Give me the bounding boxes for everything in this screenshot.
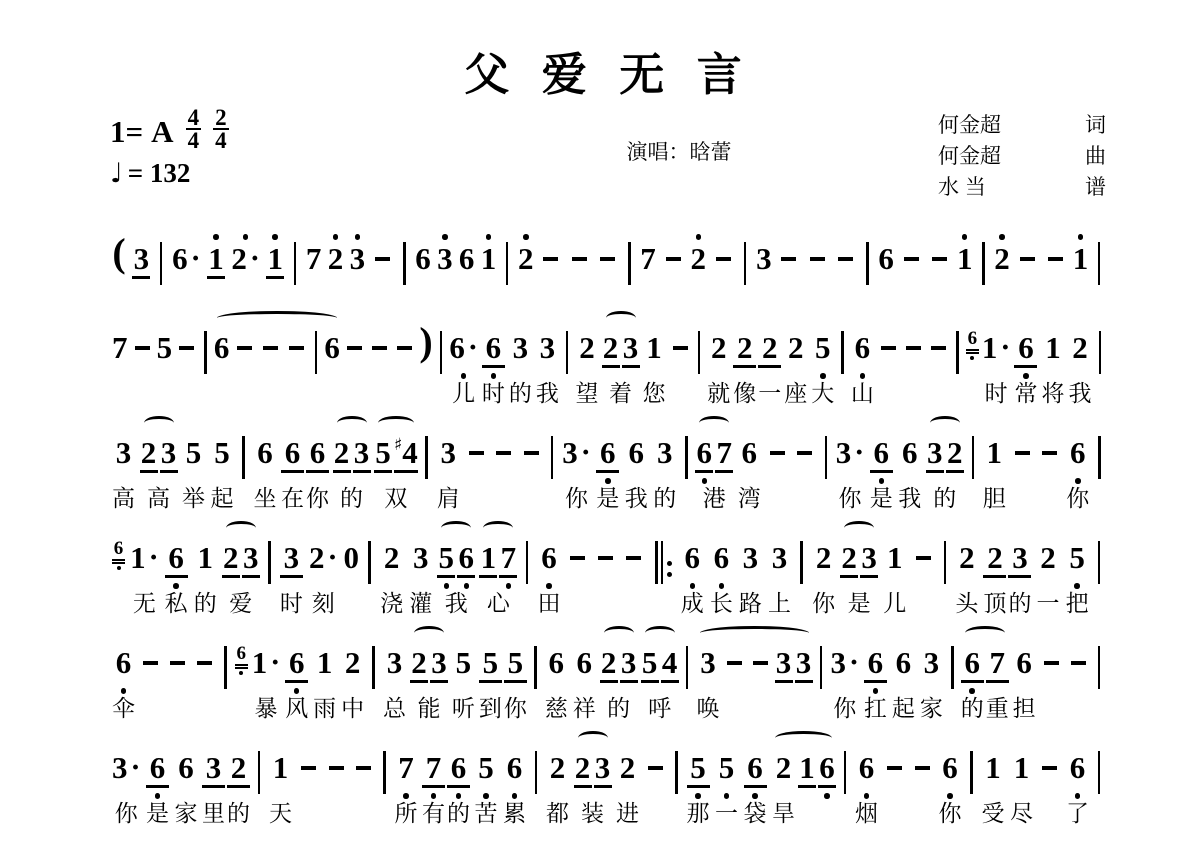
barline-stroke — [1098, 541, 1101, 584]
low-dot-zone — [518, 282, 534, 290]
arc-zone — [341, 625, 364, 638]
lyric: 祥 — [573, 694, 596, 722]
note: 1 — [264, 221, 286, 290]
low-dot-zone — [112, 686, 135, 694]
note: 3肩 — [435, 415, 462, 512]
note: 1儿 — [881, 520, 908, 617]
underline-zone — [537, 574, 560, 581]
underline-zone — [437, 469, 460, 476]
arc-zone — [309, 520, 338, 533]
dash-stroke — [838, 257, 853, 261]
low-dot-zone — [112, 476, 135, 484]
arc-zone — [430, 625, 448, 638]
low-dot-zone — [983, 581, 1006, 589]
arc-zone — [1068, 310, 1091, 323]
note-digit: 2· — [231, 242, 260, 275]
eighth-underline — [744, 785, 767, 788]
underline-zone — [812, 574, 835, 581]
duration-dash — [138, 625, 164, 665]
underline-zone — [112, 679, 135, 686]
note: 6 — [876, 221, 896, 290]
underline-zone — [946, 469, 964, 476]
barline — [263, 520, 276, 584]
arc-zone — [946, 415, 964, 428]
duration-dash — [909, 730, 935, 770]
low-dot-zone — [449, 371, 478, 379]
arc-zone — [182, 415, 205, 428]
arc-zone — [266, 221, 284, 234]
note: 3我 — [534, 310, 561, 407]
underline-zone — [503, 784, 526, 791]
duration-dash — [174, 310, 199, 350]
arc-zone — [112, 310, 128, 323]
note: 5大 — [809, 310, 836, 407]
eighth-underline — [132, 276, 150, 279]
arc-zone — [818, 730, 836, 743]
lyric: 所 — [395, 799, 418, 827]
underline-zone — [479, 574, 497, 581]
arc-zone — [812, 520, 835, 533]
note: 7重 — [985, 625, 1010, 722]
barline — [398, 221, 411, 285]
arc-zone — [437, 221, 453, 234]
low-dot-zone — [1013, 686, 1036, 694]
low-dot-zone — [994, 282, 1010, 290]
low-dot-zone — [182, 476, 205, 484]
low-dot-zone — [898, 476, 921, 484]
lyric: 你 — [833, 694, 856, 722]
low-dot-zone — [281, 476, 304, 484]
note-digit: 2· — [309, 541, 338, 574]
lyric: 是 — [596, 484, 619, 512]
octave-dot-low — [239, 671, 243, 675]
low-dot-zone — [811, 371, 834, 379]
lyric: 你 — [1066, 484, 1089, 512]
lyric: 你 — [306, 484, 329, 512]
low-dot-zone — [536, 371, 559, 379]
beam-group: 23能 — [409, 625, 449, 722]
note: 2 — [689, 221, 709, 290]
octave-dot-high — [243, 234, 249, 240]
barline — [529, 625, 542, 689]
sheet-page: 父 爱 无 言 1= A 4 4 2 4 ♩ = 132 演唱：晗蕾 — [0, 0, 1200, 850]
dash-stroke — [372, 346, 387, 350]
dash-stroke — [648, 766, 663, 770]
note-digit: 5 — [719, 751, 735, 784]
underline-zone — [697, 679, 720, 686]
low-dot-zone — [864, 686, 887, 694]
underline-zone — [430, 679, 448, 686]
grace-beam — [966, 349, 979, 351]
arc-zone — [509, 310, 532, 323]
arc-zone — [350, 221, 366, 234]
note-digit: 6 — [1018, 331, 1034, 364]
note: 3灌 — [407, 520, 434, 617]
low-dot-zone — [957, 282, 973, 290]
augmentation-dot: · — [131, 751, 141, 784]
octave-dot-high — [355, 234, 361, 240]
underline-zone — [437, 574, 455, 581]
arc-zone — [459, 221, 475, 234]
lyric: 听 — [452, 694, 475, 722]
barline — [530, 730, 543, 794]
low-dot-zone — [231, 282, 260, 290]
low-dot-zone — [926, 476, 944, 484]
arc-zone — [285, 625, 308, 638]
lyric: 到 — [479, 694, 502, 722]
underline-zone — [235, 679, 248, 686]
note: 2中 — [339, 625, 366, 722]
low-dot-zone — [691, 282, 707, 290]
lyric: 是 — [870, 484, 893, 512]
lyric: 高 — [139, 484, 179, 512]
lyric: 的 — [961, 694, 984, 722]
underline-zone — [775, 679, 793, 686]
arc-zone — [955, 520, 978, 533]
tie-row: 3唤33 — [695, 625, 814, 722]
note-digit: 6 — [896, 646, 912, 679]
underline-zone — [281, 469, 304, 476]
note: 6伞 — [110, 625, 137, 722]
music-line-1: (36·12·1723636127236121 — [110, 221, 1106, 290]
note-digit: 3· — [562, 436, 591, 469]
lyric: 双 — [373, 484, 419, 512]
duration-dash — [283, 310, 309, 350]
grace-stack: 6 — [112, 541, 125, 570]
octave-dot-low — [464, 583, 470, 589]
note: 7 — [304, 221, 324, 290]
note-digit: 2 — [141, 436, 157, 469]
barline — [623, 221, 636, 285]
underline-zone — [482, 364, 505, 371]
beam-group: 5♯4双 — [373, 415, 419, 512]
note-digit: 3 — [756, 242, 772, 275]
credit-name: 何金超 — [938, 110, 1001, 141]
beam-row: 2像2一 — [732, 310, 782, 407]
note-digit: 3 — [431, 646, 447, 679]
note-digit: 7 — [426, 751, 442, 784]
note-digit: 6 — [214, 331, 230, 364]
low-dot-zone — [479, 686, 502, 694]
lyric: 望 — [576, 379, 599, 407]
eighth-underline — [926, 470, 944, 473]
low-dot-zone — [695, 476, 713, 484]
lyric: 是 — [146, 799, 169, 827]
dash-stroke — [770, 451, 785, 455]
duration-dash — [898, 221, 924, 261]
note: 6你 — [1064, 415, 1091, 512]
barline — [420, 415, 433, 479]
note: 3里 — [201, 730, 226, 827]
arc-zone — [798, 730, 816, 743]
arc-zone — [313, 625, 336, 638]
arc-zone — [130, 520, 159, 533]
eighth-underline — [333, 470, 351, 473]
lyric: 举 — [182, 484, 205, 512]
arc-zone — [986, 625, 1009, 638]
low-dot-zone — [252, 686, 281, 694]
lyric: 里 — [202, 799, 225, 827]
underline-zone — [961, 679, 984, 686]
note-digit: 6 — [415, 242, 431, 275]
low-dot-zone — [883, 581, 906, 589]
note-digit: 3 — [924, 646, 940, 679]
beam-group: 16 — [797, 730, 837, 827]
underline-zone — [214, 364, 230, 371]
low-dot-zone — [459, 282, 475, 290]
barline-stroke — [315, 331, 318, 374]
underline-zone — [784, 364, 807, 371]
underline-zone — [222, 574, 240, 581]
note-digit: 6 — [819, 751, 835, 784]
note-digit: 6 — [549, 646, 565, 679]
low-dot-zone — [982, 371, 1011, 379]
note-digit: 1 — [887, 541, 903, 574]
underline-zone — [641, 679, 659, 686]
lyric: 山 — [851, 379, 874, 407]
low-dot-zone — [227, 791, 250, 799]
low-dot-zone — [395, 791, 418, 799]
lyric: 唤 — [697, 694, 720, 722]
grace-note: 6 — [233, 625, 250, 722]
music-line-4: 61·无6私1的23爱3时2·刻02浇3灌56我17心6田6成6长3路3上2你2… — [110, 520, 1106, 617]
arc-zone — [415, 221, 431, 234]
barline-stroke — [383, 751, 386, 794]
arc-zone — [475, 730, 498, 743]
note-digit: 2 — [328, 242, 344, 275]
low-dot-zone — [409, 581, 432, 589]
underline-zone — [836, 469, 865, 476]
barline — [1093, 221, 1106, 285]
grace-beam — [112, 562, 125, 564]
octave-dot-low — [1075, 793, 1081, 799]
octave-dot-low — [491, 373, 497, 379]
beam-row: 33 — [774, 625, 814, 722]
low-dot-zone — [1066, 476, 1089, 484]
note-digit: 1 — [1014, 751, 1030, 784]
low-dot-zone — [756, 282, 772, 290]
underline-zone — [350, 275, 366, 282]
low-dot-zone — [452, 686, 475, 694]
note: 2一 — [1035, 520, 1062, 617]
underline-zone — [207, 275, 225, 282]
close-paren: ) — [417, 310, 434, 362]
dash-stroke — [397, 346, 412, 350]
note-digit: 5 — [690, 751, 706, 784]
arc-zone — [784, 310, 807, 323]
barline — [966, 415, 979, 479]
arc-zone — [242, 520, 260, 533]
note: 6我 — [896, 415, 923, 512]
singer-label: 演唱：晗蕾 — [420, 136, 938, 203]
duration-dash — [1014, 221, 1040, 261]
underline-zone — [475, 784, 498, 791]
low-dot-zone — [710, 581, 733, 589]
note: 6担 — [1011, 625, 1038, 722]
arc-zone — [653, 415, 676, 428]
underline-zone — [509, 364, 532, 371]
low-dot-zone — [537, 581, 560, 589]
beam-group: 33 — [774, 625, 814, 722]
lyric: 的 — [332, 484, 372, 512]
dash-stroke — [666, 257, 681, 261]
arc-zone — [252, 625, 281, 638]
note: 6你 — [305, 415, 330, 512]
note-digit: 2 — [518, 242, 534, 275]
barline-stroke — [258, 751, 261, 794]
arc-zone — [811, 310, 834, 323]
eighth-underline — [227, 785, 250, 788]
eighth-underline — [479, 575, 497, 578]
underline-zone — [864, 679, 887, 686]
underline-zone — [986, 679, 1009, 686]
note-digit: 5 — [157, 331, 173, 364]
note: 2进 — [614, 730, 641, 827]
octave-dot-high — [962, 234, 968, 240]
paren-glyph: ( — [112, 233, 125, 273]
note-digit: 6 — [324, 331, 340, 364]
beam-group: 17心 — [478, 520, 518, 617]
note-digit: 2 — [987, 541, 1003, 574]
note: 3 — [435, 221, 455, 290]
low-dot-zone — [758, 371, 781, 379]
eighth-underline — [594, 785, 612, 788]
arc-zone — [1037, 520, 1060, 533]
note-digit: 7 — [112, 331, 128, 364]
barline-stroke — [535, 751, 538, 794]
low-dot-zone — [892, 686, 915, 694]
beam-group: 6的7重 — [960, 625, 1010, 722]
note: 1胆 — [981, 415, 1008, 512]
note-digit: 7 — [989, 646, 1005, 679]
note: 3路 — [737, 520, 764, 617]
barline-stroke — [224, 646, 227, 689]
lyric: 装 — [573, 799, 613, 827]
low-dot-zone — [222, 581, 240, 589]
credit-role: 谱 — [1085, 172, 1106, 203]
low-dot-zone — [855, 791, 878, 799]
low-dot-zone — [207, 282, 225, 290]
note: 0 — [342, 520, 362, 617]
lyric: 爱 — [221, 589, 261, 617]
note: 2都 — [544, 730, 571, 827]
note: 2旱 — [770, 730, 797, 827]
underline-zone — [878, 275, 894, 282]
note: 5你 — [503, 625, 528, 722]
eighth-underline — [870, 470, 893, 473]
underline-zone — [1013, 679, 1036, 686]
beam-group: 32的 — [925, 415, 965, 512]
octave-dot-low — [947, 793, 953, 799]
arc-zone — [447, 730, 470, 743]
barline-stroke — [566, 331, 569, 374]
eighth-underline — [602, 365, 620, 368]
barline — [1093, 625, 1106, 689]
barline — [839, 730, 852, 794]
note-digit: 3 — [743, 541, 759, 574]
note: 6累 — [501, 730, 528, 827]
low-dot-zone — [211, 476, 234, 484]
note-digit: 3 — [134, 242, 150, 275]
arc-zone — [855, 730, 878, 743]
underline-zone — [374, 469, 392, 476]
arc-zone — [452, 625, 475, 638]
underline-zone — [860, 574, 878, 581]
note-digit: 2 — [334, 436, 350, 469]
note-digit: 3 — [621, 646, 637, 679]
note-digit: 5 — [375, 436, 391, 469]
underline-zone — [242, 574, 260, 581]
augmentation-dot: · — [149, 541, 159, 574]
low-dot-zone — [860, 581, 878, 589]
lyric: 无 — [133, 589, 156, 617]
tempo-marking: ♩ = 132 — [110, 158, 420, 189]
dash-stroke — [781, 257, 796, 261]
lyric: 刻 — [312, 589, 335, 617]
underline-zone — [545, 679, 568, 686]
underline-zone — [1073, 275, 1089, 282]
note-digit: 1 — [985, 751, 1001, 784]
repeat-dot — [667, 572, 672, 577]
credit-role: 曲 — [1085, 141, 1106, 172]
lyric: 尽 — [1010, 799, 1033, 827]
barline — [951, 310, 964, 374]
low-dot-zone — [437, 282, 453, 290]
barline — [693, 310, 706, 374]
note-digit: 1 — [481, 541, 497, 574]
lyric: 常 — [1014, 379, 1037, 407]
lyric: 担 — [1013, 694, 1036, 722]
note: 3总 — [381, 625, 408, 722]
underline-zone — [640, 275, 656, 282]
barline-stroke — [685, 436, 688, 479]
low-dot-zone — [1037, 581, 1060, 589]
note-digit: 6 — [629, 436, 645, 469]
low-dot-zone — [939, 791, 962, 799]
note-digit: 2 — [603, 331, 619, 364]
note-digit: 3 — [595, 751, 611, 784]
arc-zone — [840, 520, 858, 533]
low-dot-zone — [697, 686, 720, 694]
arc-zone — [1010, 730, 1033, 743]
lyric: 我 — [898, 484, 921, 512]
lyric: 您 — [643, 379, 666, 407]
octave-dot-low — [873, 688, 879, 694]
low-dot-zone — [457, 581, 475, 589]
note-digit: 6 — [310, 436, 326, 469]
note: 2 — [992, 221, 1012, 290]
octave-dot-low — [695, 793, 701, 799]
arc-zone — [795, 625, 813, 638]
beam-row: 16 — [797, 730, 837, 827]
dash-stroke — [753, 661, 768, 665]
dash-stroke — [810, 257, 825, 261]
dash-stroke — [1071, 661, 1086, 665]
note-digit: 2 — [959, 541, 975, 574]
low-dot-zone — [383, 686, 406, 694]
lyric: 你 — [939, 799, 962, 827]
note-digit: 6 — [859, 751, 875, 784]
duration-dash — [323, 730, 349, 770]
eighth-underline — [207, 276, 225, 279]
note-digit: 1 — [481, 242, 497, 275]
note-digit: 1 — [1045, 331, 1061, 364]
duration-dash — [1037, 730, 1063, 770]
underline-zone — [695, 469, 713, 476]
underline-zone — [130, 574, 159, 581]
low-dot-zone — [983, 476, 1006, 484]
arc-zone — [957, 221, 973, 234]
